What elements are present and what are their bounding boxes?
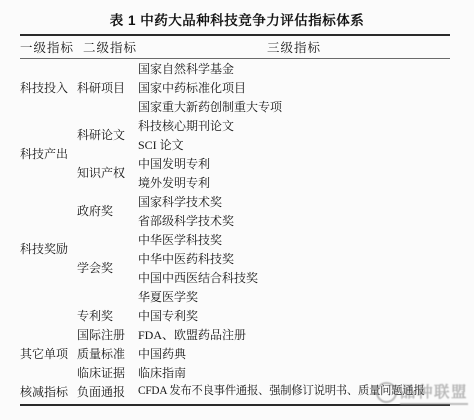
level2-group-guoji-zhuce: 国际注册 [77,325,138,344]
level3-item: SCI 论文 [138,135,450,154]
level2-group-fumian-tongbao: 负面通报 [77,382,138,401]
level1-group-keji-chanchu: 科技产出 [20,116,77,192]
level2-group-zhengfu-jiang: 政府奖 [77,192,138,230]
level2-group-zhishi-chanquan: 知识产权 [77,154,138,192]
level3-item: 中华医学科技奖 [138,230,450,249]
watermark-logo-icon [376,382,397,403]
header-level3: 三级指标 [138,38,450,56]
level1-group-qita-danxiang: 其它单项 [20,344,77,363]
level3-item: 中国发明专利 [138,154,450,173]
level1-group-keji-touru: 科技投入 [20,59,77,116]
level3-item: 国家自然科学基金 [138,59,450,78]
level2-group-linchuang-zhengju: 临床证据 [77,363,138,382]
table-header-row: 一级指标 二级指标 三级指标 [20,36,450,58]
watermark-text: 品种联盟 [400,380,468,405]
level3-item: 国家科学技术奖 [138,192,450,211]
level3-item: 中国药典 [138,344,450,363]
level3-item: 中华中医药科技奖 [138,249,450,268]
level2-group-zhiliang-biaozhun: 质量标准 [77,344,138,363]
level3-item: 国家重大新药创制重大专项 [138,97,450,116]
header-level2: 二级指标 [77,38,138,56]
table-title: 表 1 中药大品种科技竞争力评估指标体系 [0,0,474,29]
level2-group-xuehui-jiang: 学会奖 [77,230,138,306]
level3-item: 境外发明专利 [138,173,450,192]
level3-item: 中国中西医结合科技奖 [138,268,450,287]
table-body: 科技投入 科技产出 科技奖励 其它单项 核减指标 科研项目 科研论文 知识产权 … [20,59,450,401]
level3-item: 科技核心期刊论文 [138,116,450,135]
table-figure: 表 1 中药大品种科技竞争力评估指标体系 一级指标 二级指标 三级指标 科技投入… [0,0,474,420]
header-level1: 一级指标 [20,38,77,56]
level1-group-hejian-zhibiao: 核减指标 [20,382,77,401]
watermark: 品种联盟 [376,380,468,405]
indicator-table: 一级指标 二级指标 三级指标 科技投入 科技产出 科技奖励 其它单项 核减指标 … [20,34,450,406]
level1-group-keji-jiangli: 科技奖励 [20,192,77,306]
level3-item: 华夏医学奖 [138,287,450,306]
level3-item: 中国专利奖 [138,306,450,325]
level2-group-keyan-lunwen: 科研论文 [77,116,138,154]
level3-item: FDA、欧盟药品注册 [138,325,450,344]
level2-group-keyan-xiangmu: 科研项目 [77,59,138,116]
level2-group-zhuanli-jiang: 专利奖 [77,306,138,325]
level3-item: 省部级科学技术奖 [138,211,450,230]
level3-item: 国家中药标准化项目 [138,78,450,97]
